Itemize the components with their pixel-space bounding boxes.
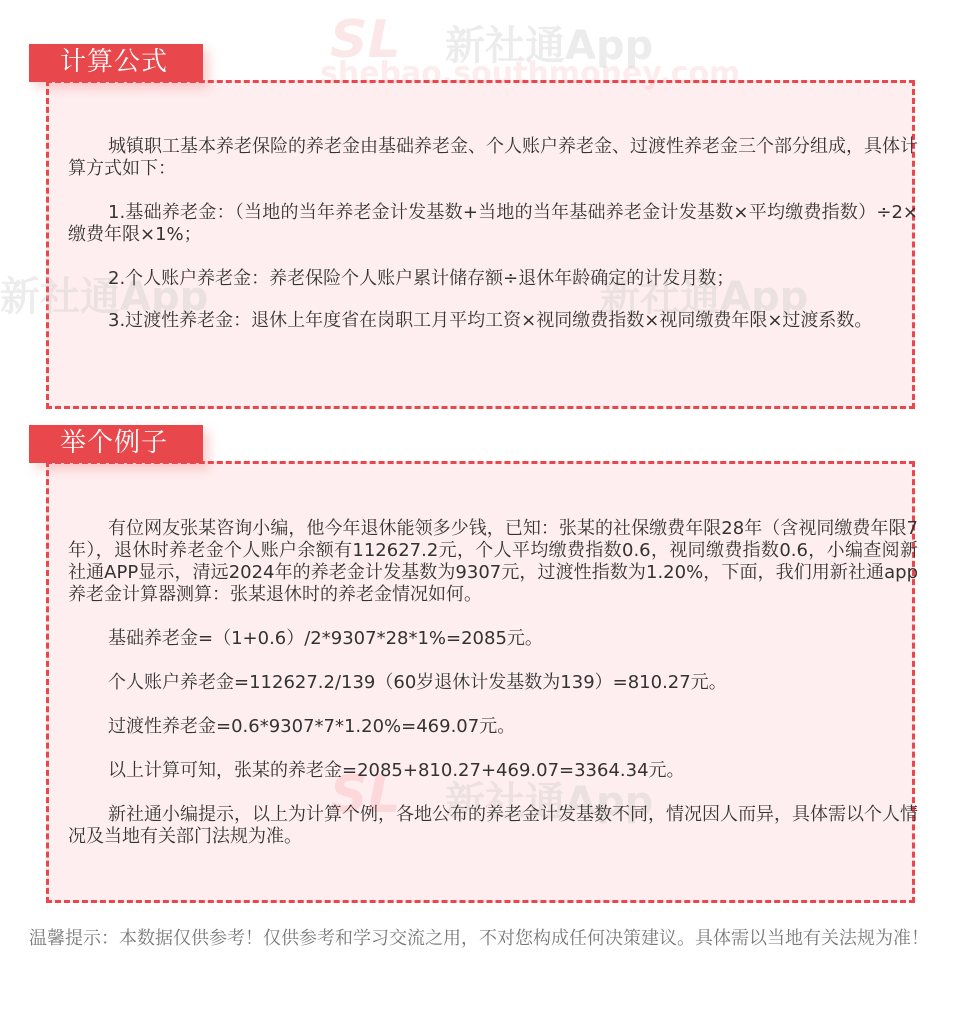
example-basic-pension: 基础养老金=（1+0.6）/2*9307*28*1%=2085元。 [68,628,918,650]
example-intro: 有位网友张某咨询小编，他今年退休能领多少钱，已知：张某的社保缴费年限28年（含视… [68,518,918,606]
formula-basic-pension: 1.基础养老金：（当地的当年养老金计发基数+当地的当年基础养老金计发基数×平均缴… [68,202,918,246]
footer-notice: 温馨提示：本数据仅供参考！仅供参考和学习交流之用，不对您构成任何决策建议。具体需… [20,928,938,950]
watermark-brand: 新社通App [445,14,653,71]
example-personal-account: 个人账户养老金=112627.2/139（60岁退休计发基数为139）=810.… [68,672,918,694]
watermark-logo: SL [330,10,401,70]
formula-content: 城镇职工基本养老保险的养老金由基础养老金、个人账户养老金、过渡性养老金三个部分组… [68,136,918,332]
section-title: 举个例子 [60,426,168,460]
example-transitional: 过渡性养老金=0.6*9307*7*1.20%=469.07元。 [68,716,918,738]
formula-transitional: 3.过渡性养老金：退休上年度省在岗职工月平均工资×视同缴费指数×视同缴费年限×过… [68,310,918,332]
example-total: 以上计算可知，张某的养老金=2085+810.27+469.07=3364.34… [68,760,918,782]
formula-personal-account: 2.个人账户养老金：养老保险个人账户累计储存额÷退休年龄确定的计发月数； [68,268,918,290]
section-badge-formula: 计算公式 [29,44,203,82]
section-badge-example: 举个例子 [29,425,203,463]
example-content: 有位网友张某咨询小编，他今年退休能领多少钱，已知：张某的社保缴费年限28年（含视… [68,518,918,848]
formula-intro: 城镇职工基本养老保险的养老金由基础养老金、个人账户养老金、过渡性养老金三个部分组… [68,136,918,180]
example-tip: 新社通小编提示，以上为计算个例，各地公布的养老金计发基数不同，情况因人而异，具体… [68,804,918,848]
section-title: 计算公式 [60,45,168,79]
